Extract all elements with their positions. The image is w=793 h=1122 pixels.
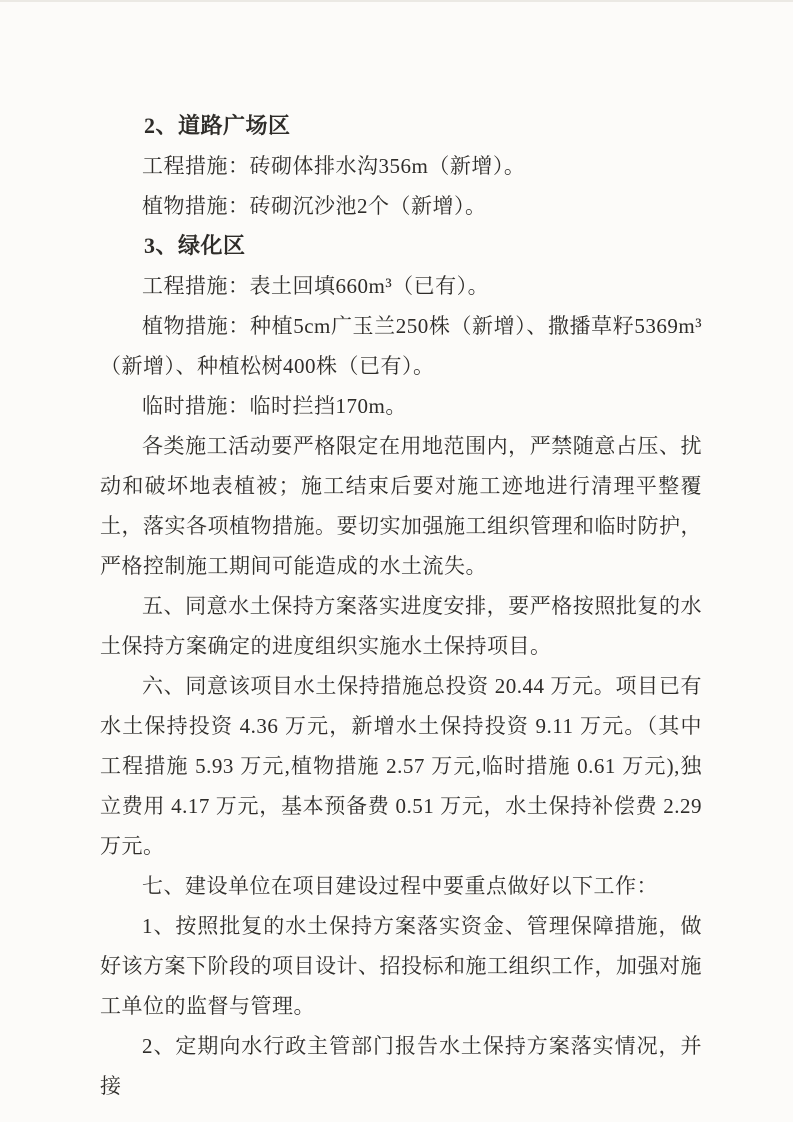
para-greening-engineering-measures: 工程措施：表土回填660m³（已有）。 (100, 266, 702, 306)
document-page: 2、道路广场区 工程措施：砖砌体排水沟356m（新增）。 植物措施：砖砌沉沙池2… (0, 0, 793, 1122)
section-heading-road-plaza-area: 2、道路广场区 (100, 106, 702, 146)
document-text-block: 2、道路广场区 工程措施：砖砌体排水沟356m（新增）。 植物措施：砖砌沉沙池2… (100, 106, 702, 1106)
para-greening-plant-measures: 植物措施：种植5cm广玉兰250株（新增）、撒播草籽5369m³（新增）、种植松… (100, 306, 702, 386)
para-road-engineering-measures: 工程措施：砖砌体排水沟356m（新增）。 (100, 146, 702, 186)
para-task-two-reporting: 2、定期向水行政主管部门报告水土保持方案落实情况，并接 (100, 1026, 702, 1106)
para-item-five-schedule: 五、同意水土保持方案落实进度安排，要严格按照批复的水土保持方案确定的进度组织实施… (100, 586, 702, 666)
para-item-seven-key-tasks: 七、建设单位在项目建设过程中要重点做好以下工作： (100, 866, 702, 906)
para-construction-requirements: 各类施工活动要严格限定在用地范围内，严禁随意占压、扰动和破坏地表植被；施工结束后… (100, 426, 702, 586)
para-item-six-investment: 六、同意该项目水土保持措施总投资 20.44 万元。项目已有水土保持投资 4.3… (100, 666, 702, 866)
scan-edge-artifact (0, 0, 793, 2)
section-heading-greening-area: 3、绿化区 (100, 226, 702, 266)
para-task-one-funding: 1、按照批复的水土保持方案落实资金、管理保障措施，做好该方案下阶段的项目设计、招… (100, 906, 702, 1026)
para-road-plant-measures: 植物措施：砖砌沉沙池2个（新增）。 (100, 186, 702, 226)
para-temporary-measures: 临时措施：临时拦挡170m。 (100, 386, 702, 426)
